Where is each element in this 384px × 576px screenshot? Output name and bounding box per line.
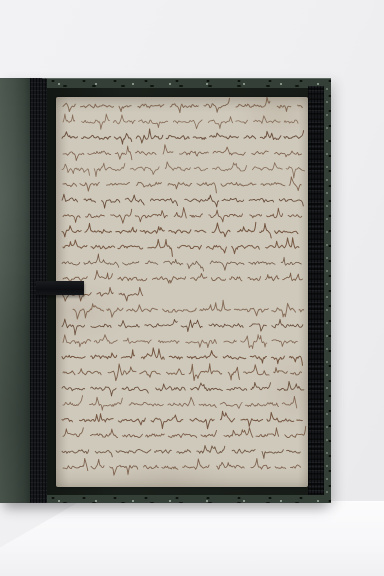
marbled-edge-bottom	[47, 495, 331, 503]
handwriting-line	[62, 446, 300, 459]
handwriting-line	[62, 319, 303, 335]
table-surface	[0, 497, 384, 576]
inside-front-cover	[0, 78, 30, 503]
handwriting-line	[62, 162, 305, 178]
handwriting	[56, 97, 308, 487]
handwriting-line	[63, 208, 302, 224]
handwriting-line	[62, 222, 298, 238]
handwriting-line	[73, 300, 304, 319]
handwriting-line	[62, 411, 302, 429]
handwriting-line	[62, 129, 304, 144]
handwriting-line	[62, 254, 301, 271]
elastic-band-clasp	[36, 281, 84, 295]
handwriting-line	[63, 396, 297, 411]
handwriting-line	[62, 348, 303, 365]
handwriting-line	[63, 145, 302, 161]
handwriting-line	[63, 364, 301, 381]
handwriting-line	[63, 335, 297, 349]
handwriting-line	[63, 114, 298, 129]
handwriting-line	[63, 177, 301, 193]
handwriting-line	[63, 459, 301, 476]
marbled-edge-right	[324, 78, 331, 503]
manuscript-page	[56, 97, 308, 487]
handwriting-line	[62, 194, 303, 208]
notebook	[0, 78, 331, 503]
marbled-edge-top	[47, 78, 331, 88]
elastic-band-right	[308, 86, 324, 495]
handwriting-line	[63, 270, 303, 283]
photograph	[0, 0, 384, 576]
handwriting-line	[62, 381, 304, 396]
handwriting-line	[63, 426, 306, 437]
handwriting-line	[63, 97, 302, 113]
